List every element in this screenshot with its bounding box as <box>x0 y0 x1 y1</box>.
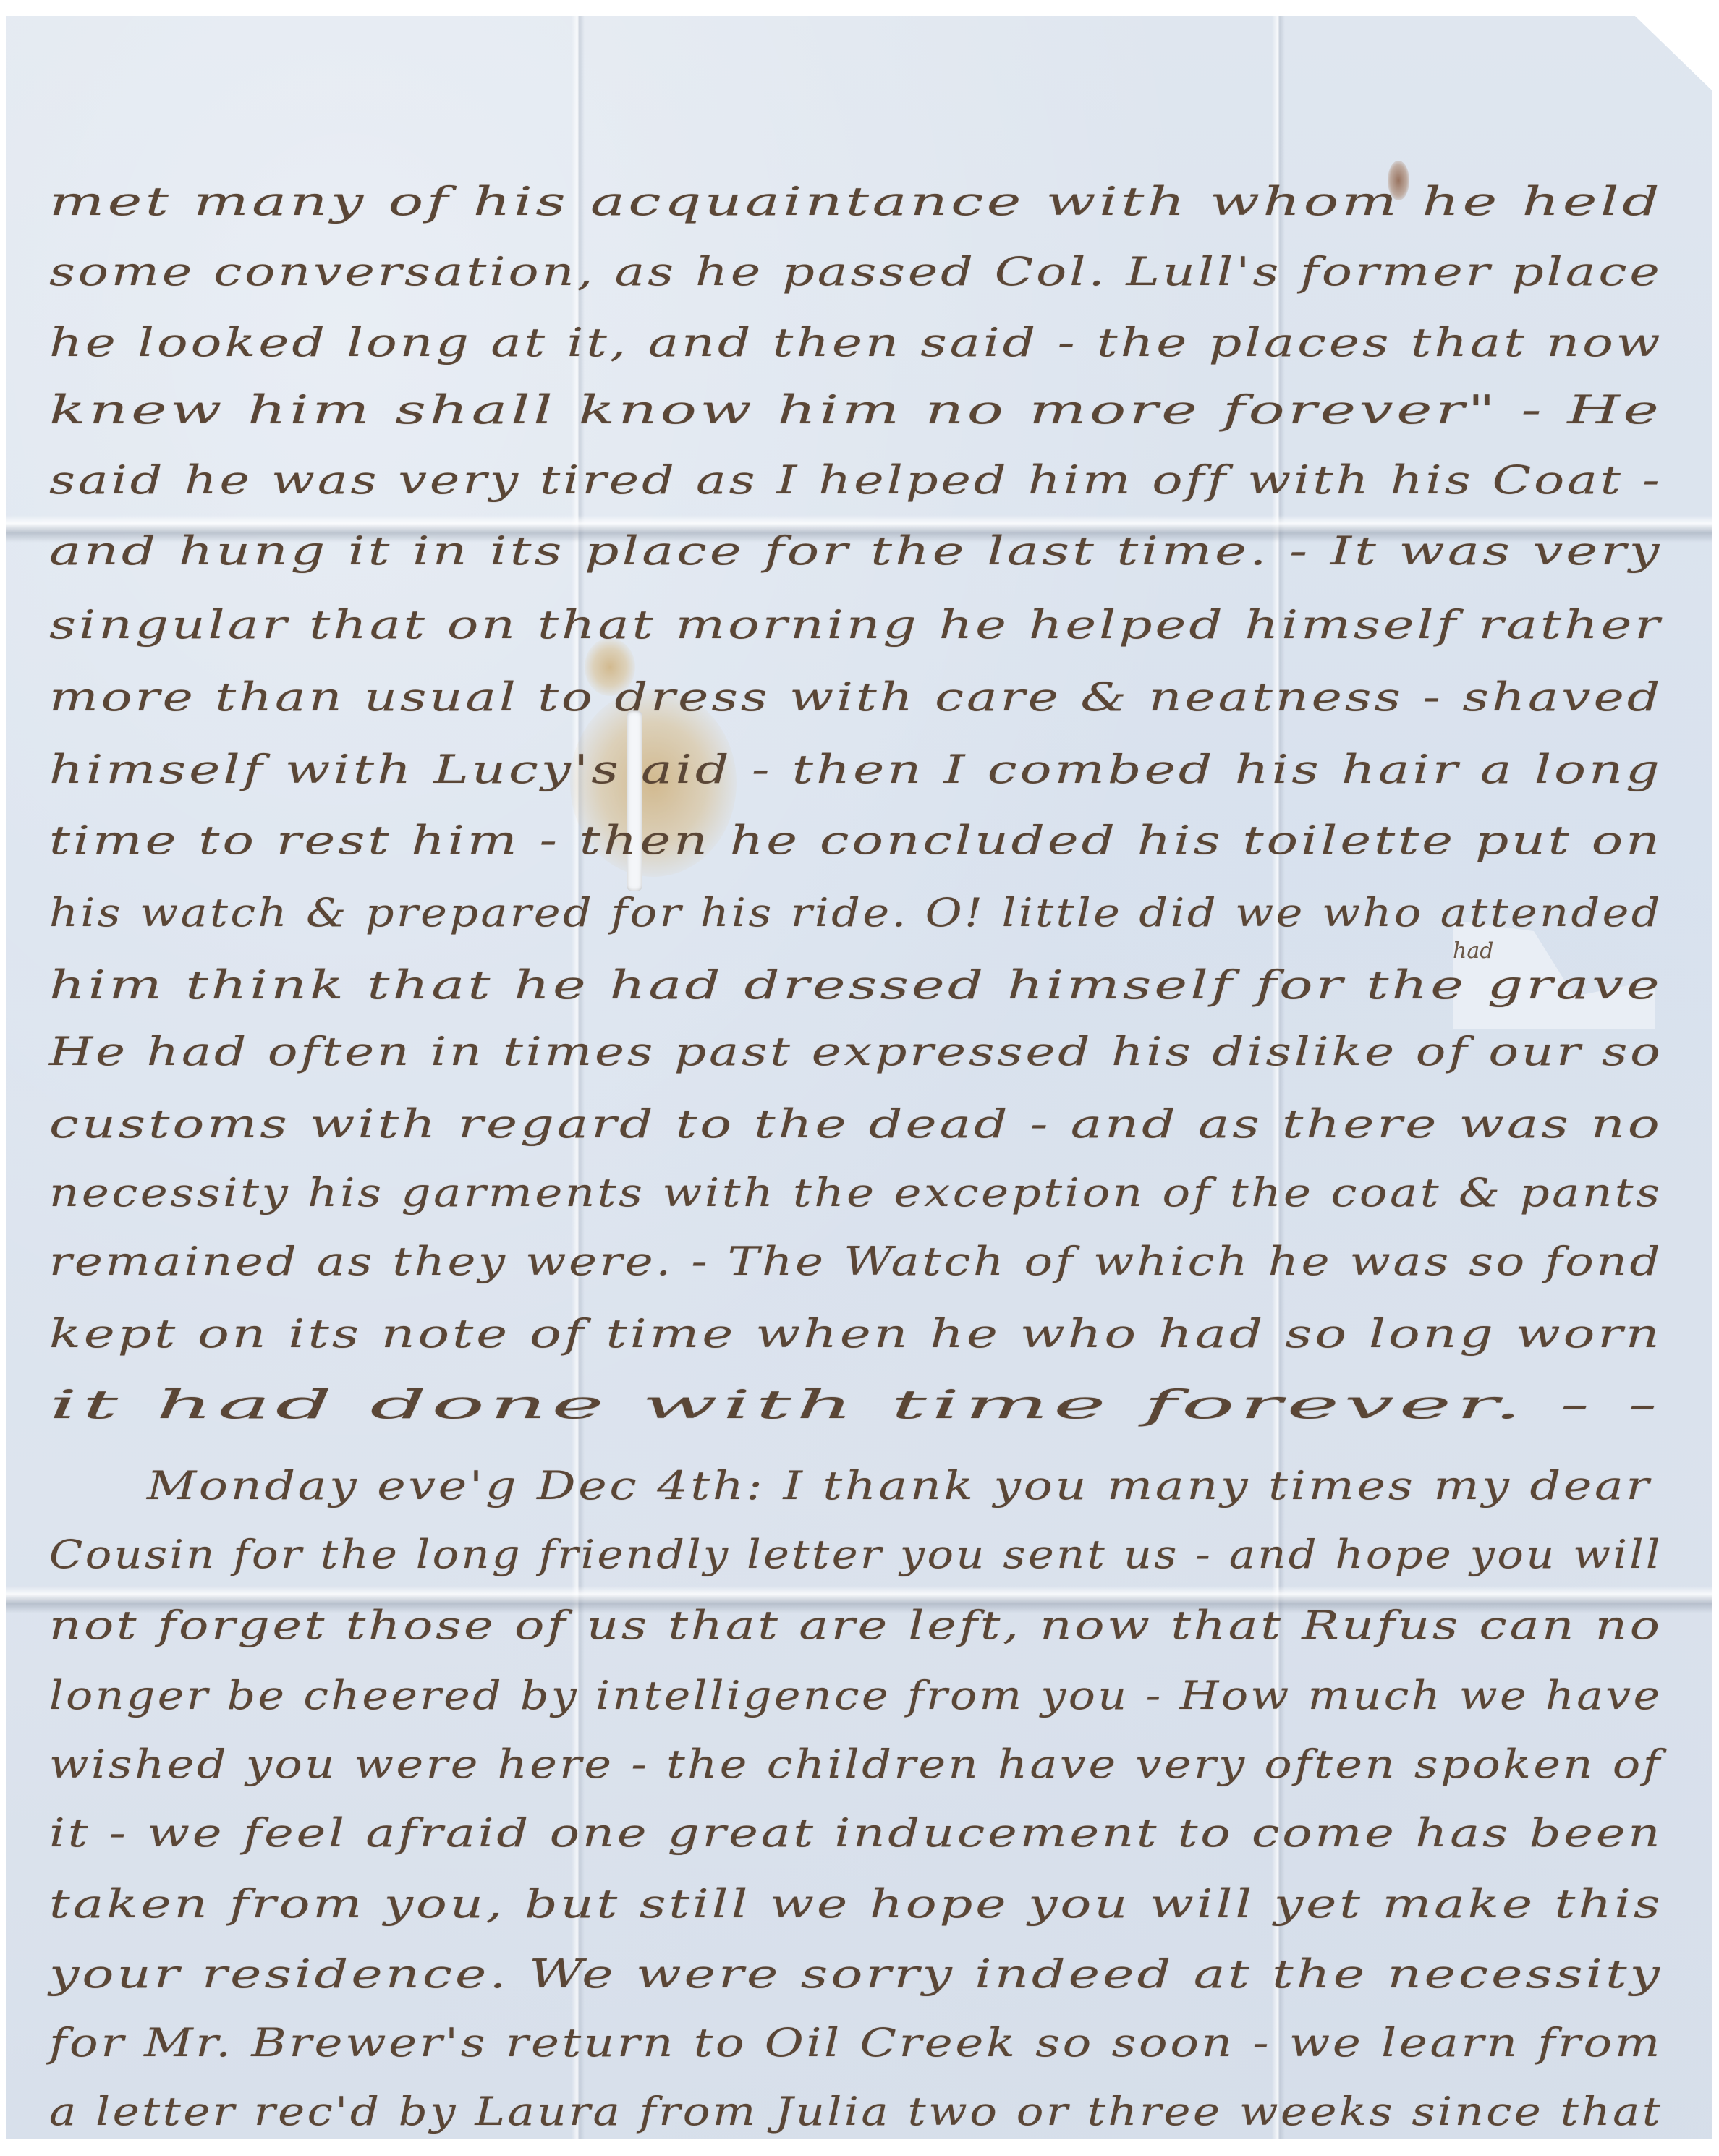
letter-line: more than usual to dress with care & nea… <box>49 674 1663 720</box>
letter-line: a letter rec'd by Laura from Julia two o… <box>49 2089 1663 2134</box>
letter-line: your residence. We were sorry indeed at … <box>49 1951 1663 1997</box>
letter-line: it had done with time forever. - - <box>49 1382 1663 1427</box>
letter-line: singular that on that morning he helped … <box>49 602 1663 648</box>
letter-line: knew him shall know him no more forever"… <box>49 387 1662 433</box>
letter-line: him think that he had dressed himself fo… <box>49 962 1663 1008</box>
letter-page: met many of his acquaintance with whom h… <box>6 16 1712 2139</box>
letter-line: necessity his garments with the exceptio… <box>49 1170 1663 1215</box>
letter-line: wished you were here - the children have… <box>49 1741 1663 1787</box>
letter-line: kept on its note of time when he who had… <box>49 1311 1663 1357</box>
interlinear-insertion: had <box>1453 938 1493 964</box>
letter-line: taken from you, but still we hope you wi… <box>49 1881 1663 1927</box>
letter-line: and hung it in its place for the last ti… <box>49 528 1663 574</box>
letter-line: met many of his acquaintance with whom h… <box>49 179 1663 224</box>
letter-line: his watch & prepared for his ride. O! li… <box>49 890 1663 935</box>
letter-line: said he was very tired as I helped him o… <box>49 457 1663 503</box>
letter-line: he looked long at it, and then said - th… <box>49 320 1663 365</box>
letter-line: time to rest him - then he concluded his… <box>49 818 1663 863</box>
letter-line: customs with regard to the dead - and as… <box>49 1101 1663 1147</box>
paper-tear <box>627 710 642 891</box>
letter-line: He had often in times past expressed his… <box>49 1029 1663 1074</box>
letter-line: remained as they were. - The Watch of wh… <box>49 1239 1663 1284</box>
letter-line-dated-entry: Monday eve'g Dec 4th: I thank you many t… <box>147 1463 1652 1508</box>
letter-line: Cousin for the long friendly letter you … <box>49 1532 1663 1577</box>
letter-line: it - we feel afraid one great inducement… <box>49 1810 1663 1856</box>
letter-line: some conversation, as he passed Col. Lul… <box>49 249 1663 294</box>
letter-line: longer be cheered by intelligence from y… <box>49 1673 1663 1718</box>
letter-line: for Mr. Brewer's return to Oil Creek so … <box>49 2020 1663 2066</box>
letter-line: himself with Lucy's aid - then I combed … <box>49 747 1663 792</box>
letter-line: not forget those of us that are left, no… <box>49 1603 1663 1648</box>
